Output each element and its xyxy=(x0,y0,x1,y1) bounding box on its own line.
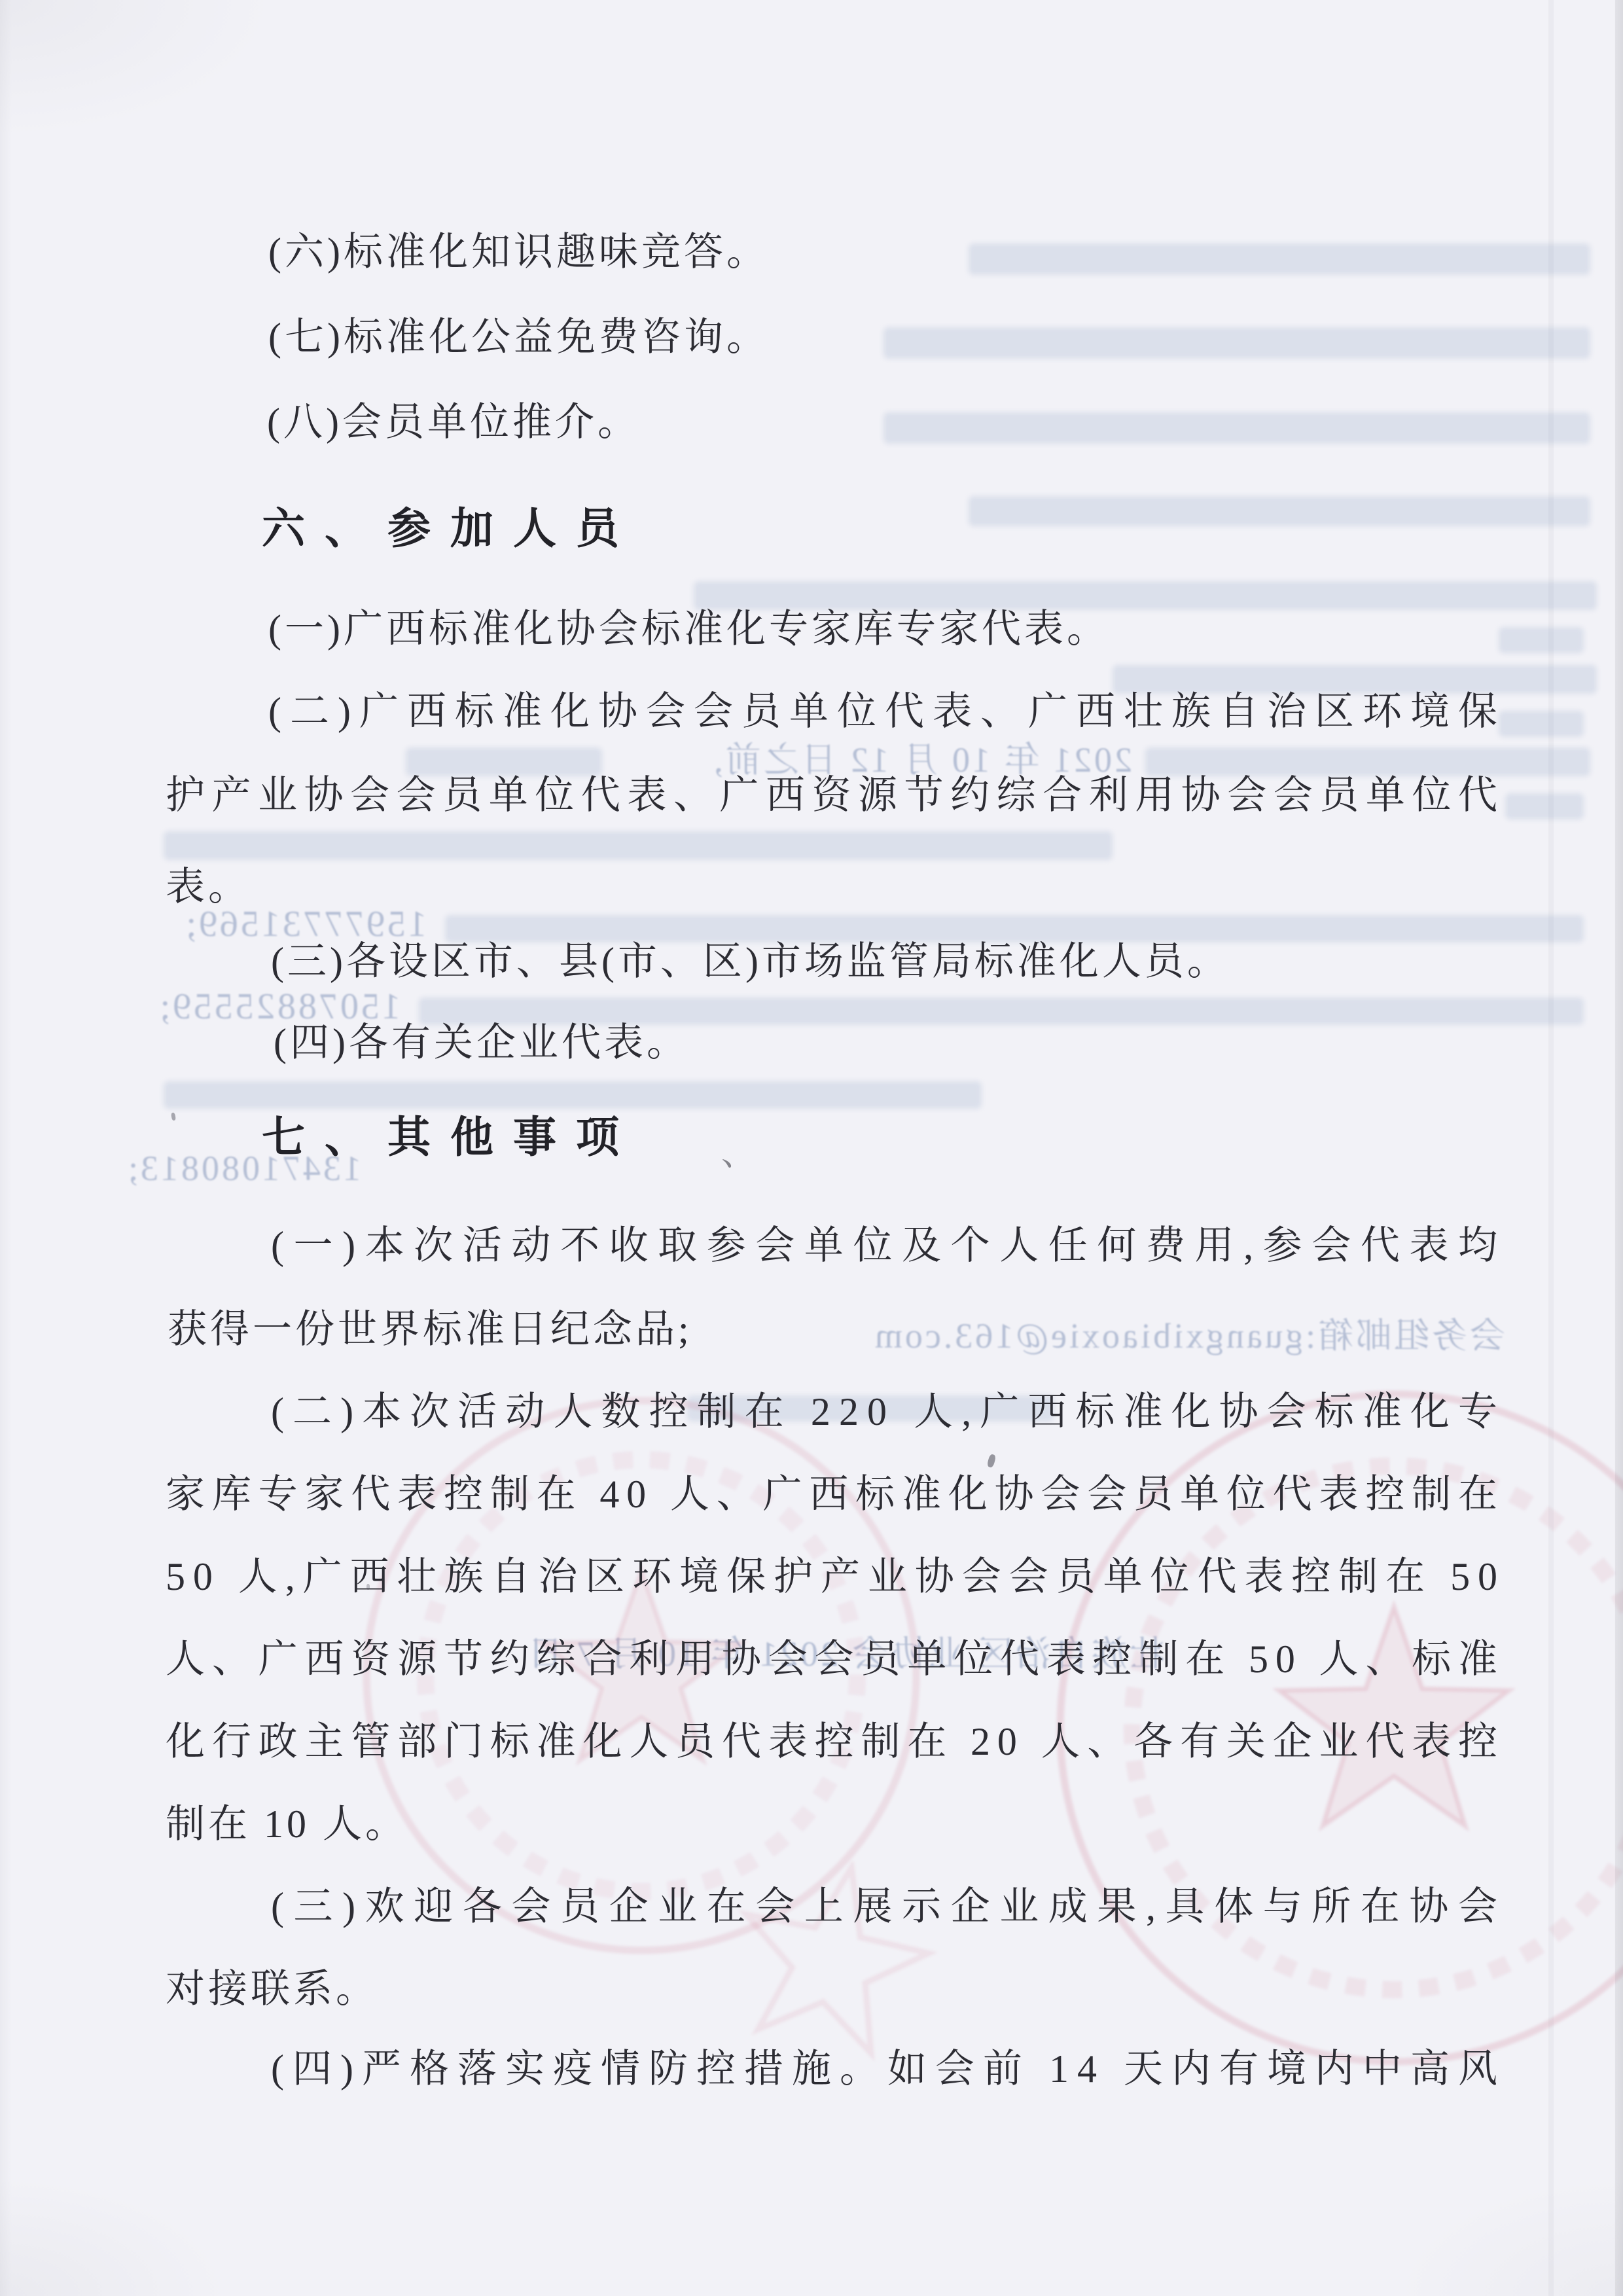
scan-streak xyxy=(1615,0,1623,2296)
scan-streak xyxy=(1548,0,1554,2296)
pen-mark xyxy=(987,1454,997,1468)
scan-artifact-layer xyxy=(0,0,1623,2296)
scanned-page: 2021 年 10 月 12 日之前,15977731569;150788255… xyxy=(0,0,1623,2296)
pen-mark xyxy=(366,1584,370,1590)
pen-mark xyxy=(171,1113,176,1121)
